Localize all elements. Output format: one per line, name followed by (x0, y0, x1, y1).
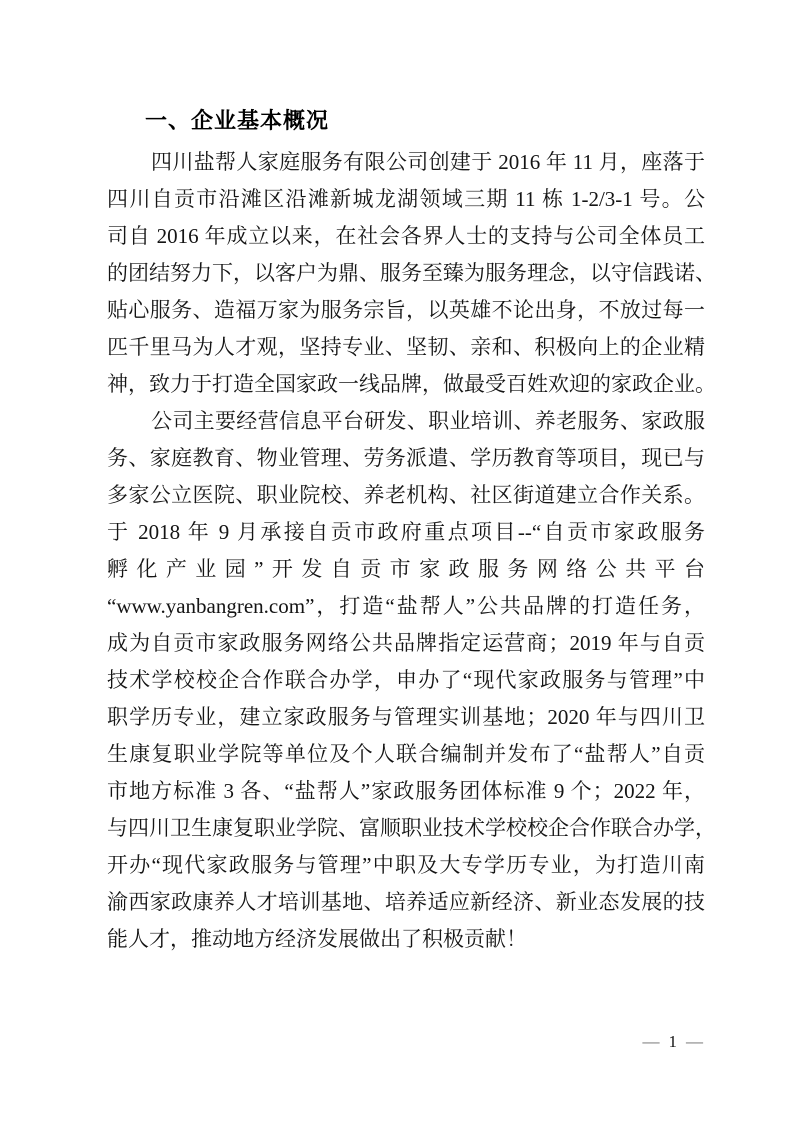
text-line: 渝西家政康养人才培训基地、培养适应新经济、新业态发展的技 (107, 884, 705, 921)
document-content: 一、企业基本概况 四川盐帮人家庭服务有限公司创建于 2016 年 11 月，座落… (107, 104, 705, 958)
text-line: 的团结努力下，以客户为鼎、服务至臻为服务理念，以守信践诺、 (107, 255, 705, 292)
text-line: 匹千里马为人才观，坚持专业、坚韧、亲和、积极向上的企业精 (107, 329, 705, 366)
text-line: 生康复职业学院等单位及个人联合编制并发布了“盐帮人”自贡 (107, 736, 705, 773)
text-line: 司自 2016 年成立以来，在社会各界人士的支持与公司全体员工 (107, 218, 705, 255)
text-line: 务、家庭教育、物业管理、劳务派遣、学历教育等项目，现已与 (107, 440, 705, 477)
paragraph-business-scope: 公司主要经营信息平台研发、职业培训、养老服务、家政服 务、家庭教育、物业管理、劳… (107, 403, 705, 958)
page-number-dash-left: — (643, 1032, 660, 1052)
page-number: — 1 — (643, 1032, 704, 1052)
text-line: 与四川卫生康复职业学院、富顺职业技术学校校企合作联合办学， (107, 810, 705, 847)
text-line: 贴心服务、造福万家为服务宗旨，以英雄不论出身，不放过每一 (107, 292, 705, 329)
text-line: 四川盐帮人家庭服务有限公司创建于 2016 年 11 月，座落于 (107, 144, 705, 181)
text-line: 成为自贡市家政服务网络公共品牌指定运营商；2019 年与自贡 (107, 625, 705, 662)
text-line: 于 2018 年 9 月承接自贡市政府重点项目--“自贡市家政服务 (107, 514, 705, 551)
text-line: 能人才，推动地方经济发展做出了积极贡献！ (107, 921, 705, 958)
page-number-value: 1 (669, 1032, 678, 1052)
text-line: 开办“现代家政服务与管理”中职及大专学历专业，为打造川南 (107, 847, 705, 884)
text-line: 孵化产业园”开发自贡市家政服务网络公共平台 (107, 551, 705, 588)
text-line: 市地方标准 3 各、“盐帮人”家政服务团体标准 9 个；2022 年， (107, 773, 705, 810)
document-page: 一、企业基本概况 四川盐帮人家庭服务有限公司创建于 2016 年 11 月，座落… (0, 0, 793, 1122)
page-number-dash-right: — (686, 1032, 703, 1052)
section-heading: 一、企业基本概况 (107, 104, 705, 144)
text-line: 职学历专业，建立家政服务与管理实训基地；2020 年与四川卫 (107, 699, 705, 736)
paragraph-company-intro: 四川盐帮人家庭服务有限公司创建于 2016 年 11 月，座落于 四川自贡市沿滩… (107, 144, 705, 403)
text-line: 多家公立医院、职业院校、养老机构、社区街道建立合作关系。 (107, 477, 705, 514)
text-line: “www.yanbangren.com”，打造“盐帮人”公共品牌的打造任务， (107, 588, 705, 625)
text-line: 技术学校校企合作联合办学，申办了“现代家政服务与管理”中 (107, 662, 705, 699)
text-line: 公司主要经营信息平台研发、职业培训、养老服务、家政服 (107, 403, 705, 440)
text-line: 四川自贡市沿滩区沿滩新城龙湖领域三期 11 栋 1-2/3-1 号。公 (107, 181, 705, 218)
text-line: 神，致力于打造全国家政一线品牌，做最受百姓欢迎的家政企业。 (107, 366, 705, 403)
